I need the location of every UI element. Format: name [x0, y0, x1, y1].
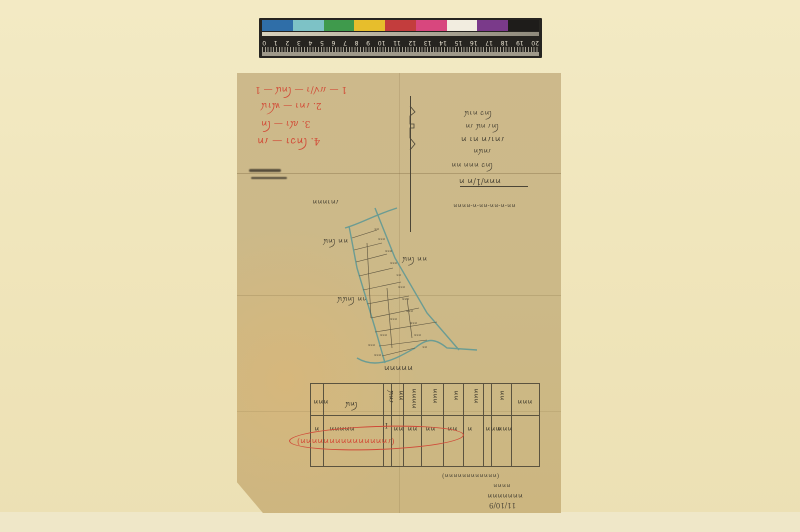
svg-text:ꪀꪀ: ꪀꪀ	[422, 345, 427, 349]
swatch-white	[447, 20, 478, 31]
swatch-magenta	[416, 20, 447, 31]
right-note-line: ꪶꪀꪫ ꪀꪱꪙ	[464, 105, 492, 119]
ruler-number: 5	[320, 37, 324, 46]
ruler-number: 15	[455, 37, 463, 46]
ruler-number: 18	[501, 37, 509, 46]
ruler-number: 10	[378, 37, 386, 46]
swatch-cyan	[293, 20, 324, 31]
ruler-number: 16	[470, 37, 478, 46]
table-col-divider	[483, 384, 484, 466]
swatch-yellow	[354, 20, 385, 31]
ruler-number: 2	[285, 37, 289, 46]
red-table-annotation: (ꪹꪀꪀꪀꪀꪀꪀꪀꪀꪀꪀꪀꪀꪀꪀꪀ)	[297, 432, 394, 449]
ruler-number: 9	[366, 37, 370, 46]
svg-text:ꪀꪀꪀ: ꪀꪀꪀ	[380, 333, 387, 337]
swatch-black	[508, 20, 539, 31]
ruler-number: 3	[297, 37, 301, 46]
table-header: ꪀꪀ	[495, 390, 509, 400]
ruler-number: 1	[274, 37, 278, 46]
river-top	[345, 208, 397, 228]
right-note-line: ꪶꪀꪫ ꪀꪀꪀ ꪀꪀ	[451, 157, 493, 171]
ruler-number: 11	[393, 37, 401, 46]
swatch-blue	[262, 20, 293, 31]
signature-line: (ꪀꪀꪀꪀꪀꪀꪀꪀꪀꪀꪀꪀ)	[442, 469, 499, 482]
svg-text:ꪀꪀꪀ: ꪀꪀꪀ	[378, 237, 385, 241]
ruler-number: 0	[262, 37, 266, 46]
land-parcel-map: ꪀꪀꪀꪀꪀꪀꪀꪀ ꪀꪀꪀꪀꪀꪀꪀꪀ ꪀꪀꪀꪀꪀꪀꪀꪀꪀ ꪀꪀꪀꪀꪀꪀꪀꪀ ꪀꪀꪀ…	[337, 198, 497, 378]
table-header: ꪀꪀ	[449, 390, 463, 400]
signature-line: ꪀꪀꪀꪀꪀꪀꪀ	[487, 488, 523, 502]
svg-text:ꪀꪀꪀ: ꪀꪀꪀ	[410, 321, 417, 325]
svg-text:ꪀꪀꪀ: ꪀꪀꪀ	[390, 317, 397, 321]
ruler-number: 14	[439, 37, 447, 46]
ruler-number: 13	[424, 37, 432, 46]
ruler-number: 19	[516, 37, 524, 46]
parcel-boundary-right	[375, 208, 459, 350]
svg-text:ꪀꪀꪀ: ꪀꪀꪀ	[402, 297, 409, 301]
svg-text:ꪀꪀꪀ: ꪀꪀꪀ	[398, 285, 405, 289]
ruler-numbers: 0 1 2 3 4 5 6 7 8 9 10 11 12 13 14 15 16…	[262, 37, 539, 46]
ruler-base	[262, 52, 539, 56]
color-swatch-row	[262, 20, 539, 31]
table-cell: ꪀꪀꪀ	[497, 421, 512, 435]
table-header: ꪀꪀꪀ	[428, 388, 442, 403]
swatch-red	[385, 20, 416, 31]
table-cell: ꪀ	[467, 421, 472, 435]
svg-text:ꪀꪀꪀ: ꪀꪀꪀ	[368, 343, 375, 347]
swatch-purple	[477, 20, 508, 31]
ruler-number: 8	[355, 37, 359, 46]
ruler-number: 12	[408, 37, 416, 46]
svg-text:ꪀꪀꪀ: ꪀꪀꪀ	[390, 261, 397, 265]
svg-text:ꪀꪀꪀ: ꪀꪀꪀ	[385, 249, 392, 253]
signature-date: 11/10/9	[489, 501, 516, 509]
table-header: ꪀꪀ	[394, 390, 408, 400]
table-header: ꪀꪀꪀꪀ	[407, 388, 421, 408]
grey-gradient-strip	[262, 32, 539, 36]
ink-smudge	[249, 169, 281, 172]
table-col-divider	[421, 384, 422, 466]
table-header: ꪀꪀꪀ	[313, 394, 328, 408]
ruler-number: 4	[308, 37, 312, 46]
svg-text:ꪀꪀ: ꪀꪀ	[374, 227, 379, 231]
svg-text:ꪀꪀ: ꪀꪀ	[396, 273, 401, 277]
ruler-number: 6	[332, 37, 336, 46]
svg-text:ꪀꪀꪀ: ꪀꪀꪀ	[406, 309, 413, 313]
red-note-line: 2. ꪹꪀꪱ ­— ꪡꪱꪙ	[261, 95, 322, 114]
map-top-label: ꪹꪀꪱꪀꪀꪀ	[312, 194, 339, 208]
ruler-number: 20	[531, 37, 539, 46]
table-col-divider	[463, 384, 464, 466]
ink-smudge	[251, 177, 287, 179]
compass-arrow-icon	[407, 106, 419, 156]
table-col-divider	[443, 384, 444, 466]
parcel-table: ꪀꪀꪀ ꪶꪀꪙ ꪹꪀꪙ ꪀꪀ ꪀꪀꪀꪀ ꪀꪀꪀ ꪀꪀ ꪀꪀꪀ ꪀꪀ ꪀꪀꪀ ꪀ …	[310, 383, 540, 467]
svg-text:ꪀꪀꪀ: ꪀꪀꪀ	[414, 333, 421, 337]
ruler-scale: 0 1 2 3 4 5 6 7 8 9 10 11 12 13 14 15 16…	[262, 37, 539, 56]
red-note-line: 4. ꪶꪀꪫꪱ ­— ꪹꪀ	[257, 130, 320, 151]
table-header: ꪀꪀꪀ	[469, 388, 483, 403]
svg-text:ꪀꪀꪀ: ꪀꪀꪀ	[374, 353, 381, 357]
table-header-divider	[311, 415, 539, 416]
swatch-green	[324, 20, 355, 31]
ruler-number: 17	[485, 37, 493, 46]
historical-document: 1 ­— ꪵꪚ/ꪱ ­— ꪶꪀꪙ ­— 1 2. ꪹꪀꪱ ­— ꪡꪱꪙ 3. ꪄ…	[237, 73, 561, 513]
table-header: ꪀꪀꪀ	[517, 394, 532, 408]
right-note-line: ꪹꪀꪙꪀ	[473, 143, 491, 157]
color-calibration-ruler: 0 1 2 3 4 5 6 7 8 9 10 11 12 13 14 15 16…	[259, 18, 542, 58]
underline	[460, 186, 528, 187]
ruler-number: 7	[343, 37, 347, 46]
table-header: ꪶꪀꪙ	[345, 396, 358, 410]
